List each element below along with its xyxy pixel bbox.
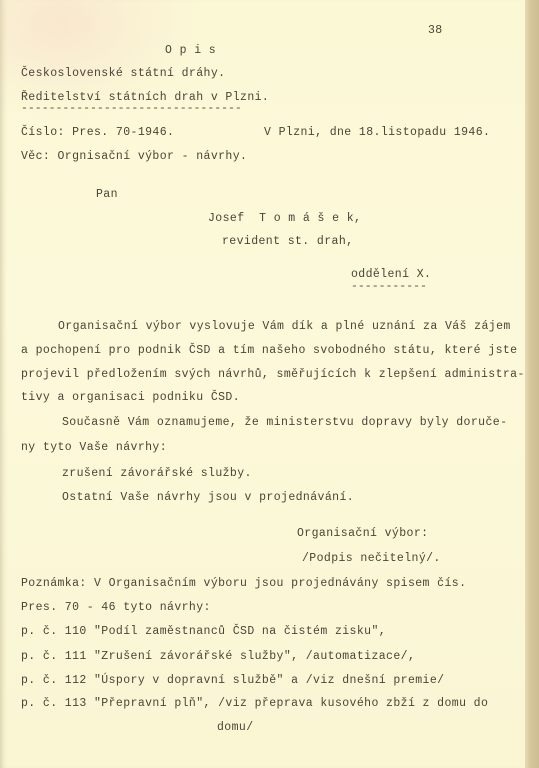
department-underline: ----------- <box>351 280 427 294</box>
body-p1-line3: projevil předložením svých návrhů, směřu… <box>21 368 525 382</box>
body-p2-line1: Současně Vám oznamujeme, že ministerstvu… <box>62 416 507 430</box>
document-page: 38 O p i s Československé státní dráhy. … <box>0 0 526 768</box>
note-continuation: domu/ <box>217 721 254 735</box>
body-p1-line1: Organisační výbor vyslovuje Vám dík a pl… <box>58 320 511 334</box>
body-p1-line2: a pochopení pro podnik ČSD a tím našeho … <box>21 344 517 358</box>
signature-committee: Organisační výbor: <box>297 527 428 541</box>
body-closing: Ostatní Vaše návrhy jsou v projednávání. <box>62 491 354 505</box>
note-item: p. č. 112 "Úspory v dopravní službě" a /… <box>21 674 444 688</box>
org-line-1: Československé státní dráhy. <box>21 67 225 81</box>
signature-sign: /Podpis nečitelný/. <box>302 552 441 566</box>
addressee-title: revident st. drah, <box>222 235 353 249</box>
document-title: O p i s <box>165 44 216 58</box>
body-item: zrušení závorářské služby. <box>62 467 252 481</box>
place-date: V Plzni, dne 18.listopadu 1946. <box>264 126 490 140</box>
page-edge <box>525 0 539 768</box>
body-p2-line2: ny tyto Vaše návrhy: <box>21 441 167 455</box>
salutation: Pan <box>96 188 118 202</box>
page-number: 38 <box>428 24 443 38</box>
note-item: p. č. 110 "Podíl zaměstnanců ČSD na čist… <box>21 625 386 639</box>
note-line-1: Poznámka: V Organisačním výboru jsou pro… <box>21 577 466 591</box>
note-item: p. č. 113 "Přepravní plň", /viz přeprava… <box>21 697 488 711</box>
body-p1-line4: tivy a organisaci podniku ČSD. <box>21 391 240 405</box>
header-underline: -------------------------------- <box>21 102 242 116</box>
reference-number: Číslo: Pres. 70-1946. <box>21 126 174 140</box>
note-item: p. č. 111 "Zrušení závorářské služby", /… <box>21 650 415 664</box>
subject-line: Věc: Orgnisační výbor - návrhy. <box>21 150 247 164</box>
addressee-name: Josef T o m á š e k, <box>208 212 361 226</box>
note-line-2: Pres. 70 - 46 tyto návrhy: <box>21 601 211 615</box>
